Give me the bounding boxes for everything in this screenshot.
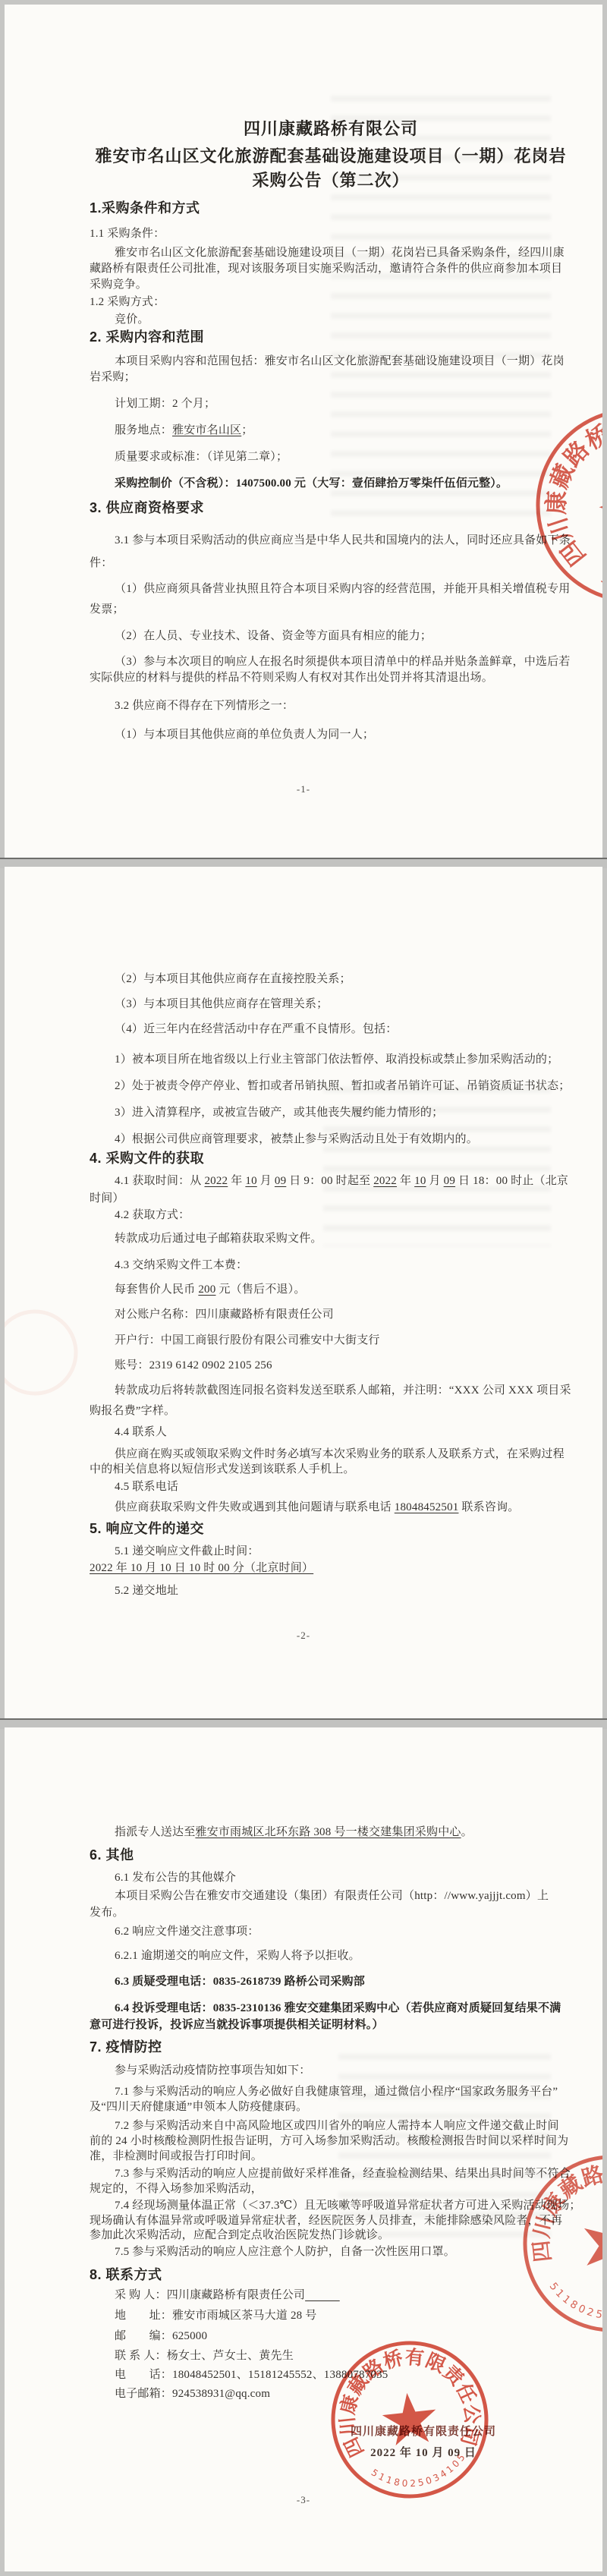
doc-line: 6.4 投诉受理电话：0835-2310136 雅安交建集团采购中心（若供应商对… bbox=[115, 2001, 572, 2017]
doc-line: 实际供应的材料与提供的样品不符则采购人有权对其作出处罚并将其清退出场。 bbox=[90, 670, 572, 686]
doc-line: 6.2 响应文件递交注意事项： bbox=[115, 1924, 572, 1940]
doc-line: 发布。 bbox=[90, 1905, 572, 1921]
doc-line: 4.1 获取时间：从 2022 年 10 月 09 日 9：00 时起至 202… bbox=[115, 1173, 572, 1189]
section-heading: 3. 供应商资格要求 bbox=[90, 499, 572, 517]
doc-line: 4.2 获取方式： bbox=[115, 1208, 572, 1223]
doc-line: 雅安市名山区文化旅游配套基础设施建设项目（一期）花岗岩已具备采购条件，经四川康 bbox=[115, 245, 572, 261]
signature-company-name: 四川康藏路桥有限责任公司 bbox=[294, 2423, 552, 2439]
doc-line: 计划工期：2 个月； bbox=[115, 396, 572, 412]
doc-line: 2）处于被责令停产停业、暂扣或者吊销执照、暂扣或者吊销许可证、吊销资质证书状态； bbox=[115, 1079, 572, 1094]
doc-line: （2）在人员、专业技术、设备、资金等方面具有相应的能力； bbox=[115, 628, 572, 644]
doc-line: 开户行：中国工商银行股份有限公司雅安中大街支行 bbox=[115, 1333, 572, 1349]
doc-line: 准，非检测时间或报告打印时间。 bbox=[90, 2149, 572, 2165]
doc-line: 本项目采购公告在雅安市交通建设（集团）有限责任公司（http：//www.yaj… bbox=[115, 1888, 572, 1904]
doc-line: （3）参与本次项目的响应人在报名时须提供本项目清单中的样品并贴条盖鲜章，中选后若 bbox=[115, 654, 572, 670]
doc-line: 采 购 人：四川康藏路桥有限责任公司 bbox=[115, 2288, 572, 2304]
doc-line: 件： bbox=[90, 556, 572, 572]
document-page-2: （2）与本项目其他供应商存在直接控股关系；（3）与本项目其他供应商存在管理关系；… bbox=[5, 867, 602, 1718]
doc-line: 电子邮箱：924538931@qq.com bbox=[115, 2386, 572, 2402]
section-heading: 2. 采购内容和范围 bbox=[90, 328, 572, 346]
doc-line: （1）与本项目其他供应商的单位负责人为同一人； bbox=[115, 727, 572, 743]
doc-line: 4.3 交纳采购文件工本费： bbox=[115, 1258, 572, 1274]
doc-line: 服务地点：雅安市名山区； bbox=[115, 423, 572, 439]
doc-line: （1）供应商须具备营业执照且符合本项目采购内容的经营范围，并能开具相关增值税专用 bbox=[115, 581, 572, 597]
doc-line: 时间） bbox=[90, 1191, 572, 1207]
document-page-1: 四川康藏路桥有限公司雅安市名山区文化旅游配套基础设施建设项目（一期）花岗岩采购公… bbox=[5, 5, 602, 858]
doc-line: 供应商获取采购文件失败或遇到其他问题请与联系电话 18048452501 联系咨… bbox=[115, 1500, 572, 1516]
doc-line: 2022 年 10 月 10 日 10 时 00 分（北京时间） bbox=[90, 1560, 572, 1576]
doc-line: 规定的，不得入场参加采购活动， bbox=[90, 2181, 572, 2197]
svg-text:5118025034105: 5118025034105 bbox=[593, 529, 602, 605]
doc-line: 对公账户名称：四川康藏路桥有限责任公司 bbox=[115, 1307, 572, 1323]
doc-line: 联 系 人：杨女士、芦女士、黄先生 bbox=[115, 2348, 572, 2364]
doc-line: 1.2 采购方式： bbox=[90, 294, 572, 310]
signature-date: 2022 年 10 月 09 日 bbox=[294, 2444, 552, 2460]
page-number: -3- bbox=[5, 2494, 602, 2506]
doc-line: 转款成功后将转款截图连同报名资料发送至联系人邮箱，并注明：“XXX 公司 XXX… bbox=[115, 1383, 572, 1399]
scanned-procurement-notice: { "document": { "kind": "采购公告扫描件", "comp… bbox=[0, 0, 607, 2576]
doc-line: 邮 编：625000 bbox=[115, 2329, 572, 2345]
doc-line: 6.2.1 逾期递交的响应文件，采购人将予以拒收。 bbox=[115, 1948, 572, 1964]
doc-line: 参加此次采购活动，应配合到定点收治医院发热门诊就诊。 bbox=[90, 2228, 572, 2244]
doc-line: 购报名费”字样。 bbox=[90, 1403, 572, 1419]
page-number: -2- bbox=[5, 1630, 602, 1642]
doc-line: 每套售价人民币 200 元（售后不退）。 bbox=[115, 1282, 572, 1298]
doc-line: 1.1 采购条件： bbox=[90, 226, 572, 242]
doc-line: 7.2 参与采购活动来自中高风险地区或四川省外的响应人需持本人响应文件递交截止时… bbox=[115, 2118, 572, 2134]
doc-line: 质量要求或标准：（详见第二章）； bbox=[115, 449, 572, 465]
page-2-content: （2）与本项目其他供应商存在直接控股关系；（3）与本项目其他供应商存在管理关系；… bbox=[90, 867, 572, 1718]
doc-line: 3.1 参与本项目采购活动的供应商应当是中华人民共和国境内的法人，同时还应具备如… bbox=[115, 533, 572, 549]
doc-line: 中的相关信息将以短信形式发送到该联系人手机上。 bbox=[90, 1462, 572, 1478]
doc-line: 5.1 递交响应文件截止时间： bbox=[115, 1544, 572, 1560]
doc-line: （2）与本项目其他供应商存在直接控股关系； bbox=[115, 972, 572, 987]
doc-line: 7.1 参与采购活动的响应人务必做好自我健康管理，通过微信小程序“国家政务服务平… bbox=[115, 2084, 572, 2100]
doc-title-line: 雅安市名山区文化旅游配套基础设施建设项目（一期）花岗岩 bbox=[90, 146, 572, 167]
page-number: -1- bbox=[5, 783, 602, 795]
doc-line: 前的 24 小时核酸检测阴性报告证明，方可入场参加采购活动。核酸检测报告时间以采… bbox=[90, 2134, 572, 2149]
doc-line: （4）近三年内在经营活动中存在严重不良情形。包括： bbox=[115, 1022, 572, 1038]
doc-line: 电 话：18048452501、15181245552、13880787035 bbox=[115, 2367, 572, 2383]
doc-line: 4.4 联系人 bbox=[115, 1425, 572, 1441]
svg-text:★: ★ bbox=[581, 445, 602, 565]
doc-line: 3）进入清算程序，或被宣告破产，或其他丧失履约能力情形的； bbox=[115, 1105, 572, 1121]
doc-line: 采购控制价（不含税）：1407500.00 元（大写：壹佰肆拾万零柒仟伍佰元整）… bbox=[115, 476, 572, 492]
doc-line: 指派专人送达至雅安市雨城区北环东路 308 号一楼交建集团采购中心。 bbox=[115, 1825, 572, 1841]
doc-line: 参与采购活动疫情防控事项告知如下： bbox=[115, 2063, 572, 2079]
doc-line: 账号：2319 6142 0902 2105 256 bbox=[115, 1358, 572, 1374]
doc-line: 地 址：雅安市雨城区茶马大道 28 号 bbox=[115, 2308, 572, 2324]
doc-line: 6.1 发布公告的其他媒介 bbox=[115, 1870, 572, 1886]
doc-title-line: 采购公告（第二次） bbox=[90, 170, 572, 191]
section-heading: 1.采购条件和方式 bbox=[90, 199, 572, 217]
doc-line: 现场确认有体温异常或呼吸道异常症状者，经医院医务人员排查，未能排除感染风险者，不… bbox=[90, 2213, 572, 2229]
doc-line: 转款成功后通过电子邮箱获取采购文件。 bbox=[115, 1231, 572, 1247]
doc-line: （3）与本项目其他供应商存在管理关系； bbox=[115, 997, 572, 1012]
doc-line: 5.2 递交地址 bbox=[115, 1583, 572, 1599]
doc-line: 1）被本项目所在地省级以上行业主管部门依法暂停、取消投标或禁止参加采购活动的； bbox=[115, 1052, 572, 1068]
doc-line: 意可进行投诉，投诉应当就投诉事项提供相关证明材料。） bbox=[90, 2017, 572, 2033]
doc-line: 竞价。 bbox=[115, 312, 572, 328]
doc-line: 发票； bbox=[90, 602, 572, 618]
doc-line: 采购竞争。 bbox=[90, 277, 572, 293]
doc-line: 岩采购； bbox=[90, 370, 572, 386]
document-page-3: 指派专人送达至雅安市雨城区北环东路 308 号一楼交建集团采购中心。6. 其他6… bbox=[5, 1727, 602, 2571]
section-heading: 7. 疫情防控 bbox=[90, 2038, 572, 2056]
section-heading: 5. 响应文件的递交 bbox=[90, 1519, 572, 1538]
doc-line: 及“四川天府健康通”申领本人防疫健康码。 bbox=[90, 2099, 572, 2115]
doc-line: 7.3 参与采购活动的响应人应提前做好采样准备，经查验检测结果、结果出具时间等不… bbox=[115, 2166, 572, 2182]
doc-title-line: 四川康藏路桥有限公司 bbox=[90, 118, 572, 140]
doc-line: 7.5 参与采购活动的响应人应注意个人防护，自备一次性医用口罩。 bbox=[115, 2244, 572, 2260]
section-heading: 8. 联系方式 bbox=[90, 2266, 572, 2284]
doc-line: 7.4 经现场测量体温正常（＜37.3℃）且无咳嗽等呼吸道异常症状者方可进入采购… bbox=[115, 2198, 572, 2214]
section-heading: 6. 其他 bbox=[90, 1846, 572, 1864]
doc-line: 本项目采购内容和范围包括：雅安市名山区文化旅游配套基础设施建设项目（一期）花岗 bbox=[115, 354, 572, 370]
section-heading: 4. 采购文件的获取 bbox=[90, 1149, 572, 1167]
doc-line: 藏路桥有限责任公司批准，现对该服务项目实施采购活动，邀请符合条件的供应商参加本项… bbox=[90, 261, 572, 277]
doc-line: 3.2 供应商不得存在下列情形之一： bbox=[115, 698, 572, 714]
doc-line: 6.3 质疑受理电话：0835-2618739 路桥公司采购部 bbox=[115, 1974, 572, 1990]
page-1-content: 四川康藏路桥有限公司雅安市名山区文化旅游配套基础设施建设项目（一期）花岗岩采购公… bbox=[90, 5, 572, 858]
doc-line: 4.5 联系电话 bbox=[115, 1479, 572, 1495]
doc-line: 4）根据公司供应商管理要求，被禁止参与采购活动且处于有效期内的。 bbox=[115, 1132, 572, 1148]
company-seal-ghost-page2 bbox=[5, 1301, 86, 1408]
doc-line: 供应商在购买或领取采购文件时务必填写本次采购业务的联系人及联系方式，在采购过程 bbox=[115, 1447, 572, 1463]
